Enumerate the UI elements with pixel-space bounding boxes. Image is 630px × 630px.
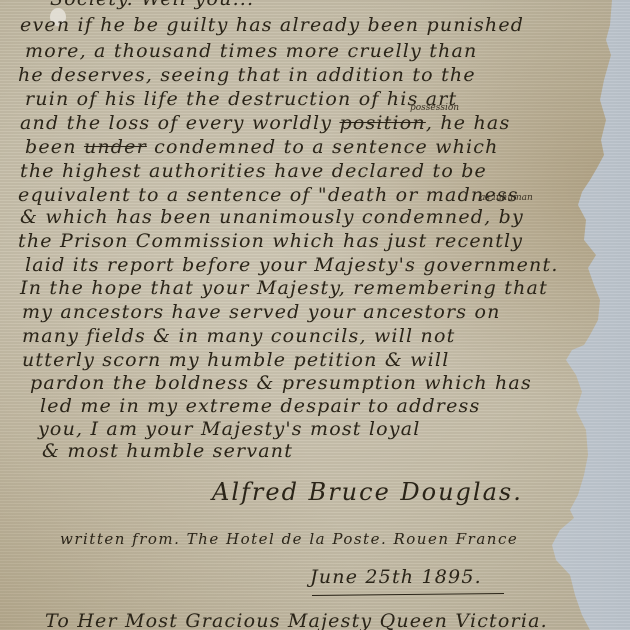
insertion-as-inhuman: as inhuman	[480, 193, 533, 203]
struck-word: position	[339, 112, 425, 134]
letter-line: more, a thousand times more cruelly than	[25, 40, 477, 62]
letter-line: In the hope that your Majesty, rememberi…	[20, 277, 548, 299]
letter-line: my ancestors have served your ancestors …	[22, 301, 501, 323]
address-line: To Her Most Gracious Majesty Queen Victo…	[45, 610, 548, 630]
letter-line: utterly scorn my humble petition & will	[22, 349, 449, 371]
letter-line: equivalent to a sentence of "death or ma…	[18, 184, 519, 206]
letter-line: many fields & in many councils, will not	[22, 325, 455, 347]
letter-line: laid its report before your Majesty's go…	[25, 254, 559, 276]
line-text: been	[25, 136, 84, 158]
letter-line: pardon the boldness & presumption which …	[30, 372, 532, 394]
letter-line: & most humble servant	[42, 440, 293, 462]
line-text: and the loss of every worldly	[20, 112, 332, 134]
letter-line: & which has been unanimously condemned, …	[20, 206, 524, 228]
written-from-line: written from. The Hotel de la Poste. Rou…	[60, 530, 518, 548]
letter-line: you, I am your Majesty's most loyal	[38, 418, 421, 440]
letter-line: Society. Well you...	[50, 0, 254, 10]
letter-line: he deserves, seeing that in addition to …	[18, 64, 476, 86]
letter-line: been under condemned to a sentence which	[25, 136, 499, 158]
letter-line: led me in my extreme despair to address	[40, 395, 480, 417]
line-text: , he has	[426, 112, 511, 134]
letter-line: the highest authorities have declared to…	[20, 160, 487, 182]
letter-line: and the loss of every worldly position, …	[20, 112, 510, 134]
line-text: condemned to a sentence which	[154, 136, 498, 158]
struck-word: under	[84, 136, 147, 158]
letter-line: even if he be guilty has already been pu…	[20, 14, 524, 36]
letter-date: June 25th 1895.	[310, 566, 482, 588]
letter-line: the Prison Commission which has just rec…	[18, 230, 523, 252]
signature: Alfred Bruce Douglas.	[212, 478, 523, 506]
letter-line: ruin of his life the destruction of his …	[25, 88, 457, 110]
